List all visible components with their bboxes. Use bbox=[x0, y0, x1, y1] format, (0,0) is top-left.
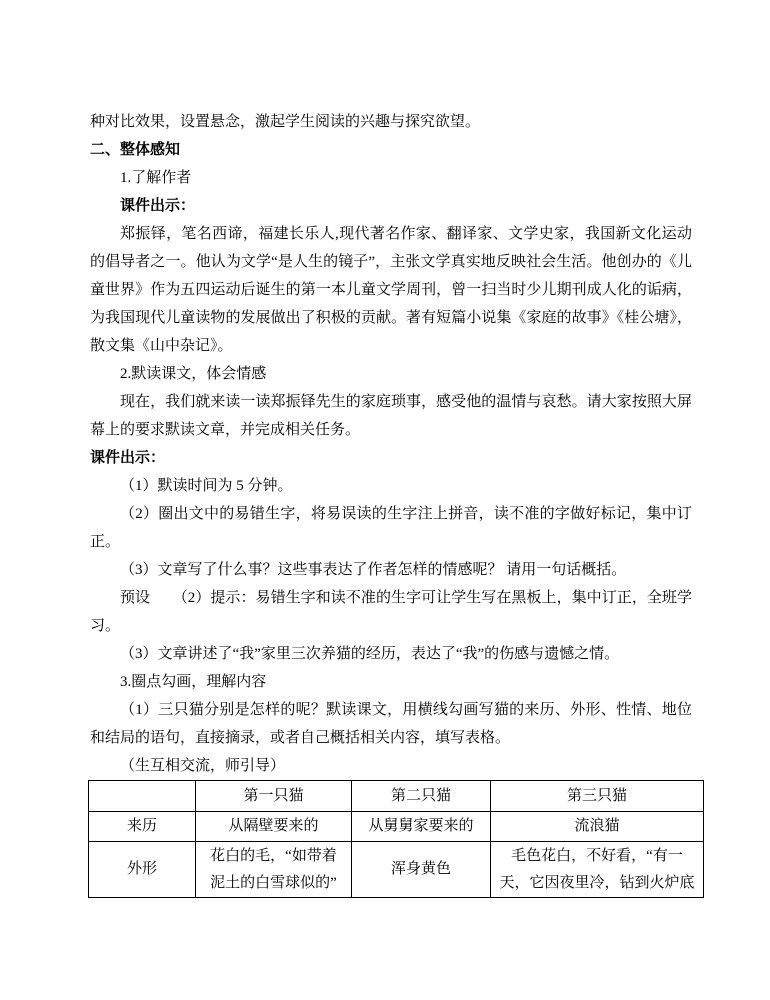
table-row-appearance: 外形 花白的毛，“如带着 泥土的白雪球似的” 浑身黄色 毛色花白，不好看，“有一… bbox=[89, 842, 704, 898]
table-header-third-cat: 第三只猫 bbox=[491, 781, 704, 812]
paragraph-table-task: （1）三只猫分别是怎样的呢？默读课文，用横线勾画写猫的来历、外形、性情、地位和结… bbox=[90, 696, 692, 752]
paragraph-preset-hint: 预设 （2）提示：易错生字和读不准的生字可让学生写在黑板上，集中订正，全班学习。 bbox=[90, 584, 692, 640]
label-courseware-display-1: 课件出示： bbox=[90, 192, 692, 220]
three-cats-table: 第一只猫 第二只猫 第三只猫 来历 从隔壁要来的 从舅舅家要来的 流浪猫 外形 … bbox=[88, 780, 704, 898]
cell-origin-first-cat: 从隔壁要来的 bbox=[196, 812, 352, 842]
row-label-appearance: 外形 bbox=[89, 842, 196, 898]
paragraph-student-exchange: （生互相交流，师引导） bbox=[90, 752, 692, 780]
paragraph-reading-guide: 现在，我们就来读一读郑振铎先生的家庭琐事，感受他的温情与哀愁。请大家按照大屏幕上… bbox=[90, 388, 692, 444]
row-label-origin: 来历 bbox=[89, 812, 196, 842]
section-heading-overall-perception: 二、整体感知 bbox=[90, 136, 692, 164]
paragraph-intro-tail: 种对比效果，设置悬念，激起学生阅读的兴趣与探究欲望。 bbox=[90, 108, 692, 136]
item-what-events: （3）文章写了什么事？这些事表达了作者怎样的情感呢？ 请用一句话概括。 bbox=[90, 556, 692, 584]
table-header-row: 第一只猫 第二只猫 第三只猫 bbox=[89, 781, 704, 812]
item-reading-time: （1）默读时间为 5 分钟。 bbox=[90, 472, 692, 500]
item-circle-characters: （2）圈出文中的易错生字，将易误读的生字注上拼音，读不准的字做好标记，集中订正。 bbox=[90, 500, 692, 556]
cell-appearance-first-cat: 花白的毛，“如带着 泥土的白雪球似的” bbox=[196, 842, 352, 898]
cell-appearance-third-cat: 毛色花白，不好看，“有一 天，它因夜里冷，钻到火炉底 bbox=[491, 842, 704, 898]
item-silent-reading: 2.默读课文，体会情感 bbox=[90, 360, 692, 388]
item-three-cats-summary: （3）文章讲述了“我”家里三次养猫的经历，表达了“我”的伤感与遗憾之情。 bbox=[90, 640, 692, 668]
item-know-author: 1.了解作者 bbox=[90, 164, 692, 192]
cell-appearance-second-cat: 浑身黄色 bbox=[352, 842, 491, 898]
table-header-second-cat: 第二只猫 bbox=[352, 781, 491, 812]
paragraph-author-bio: 郑振铎，笔名西谛，福建长乐人,现代著名作家、翻译家、文学史家，我国新文化运动的倡… bbox=[90, 220, 692, 360]
cell-origin-third-cat: 流浪猫 bbox=[491, 812, 704, 842]
document-page: 种对比效果，设置悬念，激起学生阅读的兴趣与探究欲望。 二、整体感知 1.了解作者… bbox=[0, 0, 770, 1000]
cell-origin-second-cat: 从舅舅家要来的 bbox=[352, 812, 491, 842]
label-courseware-display-2: 课件出示： bbox=[90, 444, 692, 472]
table-corner-cell bbox=[89, 781, 196, 812]
table-header-first-cat: 第一只猫 bbox=[196, 781, 352, 812]
table-row-origin: 来历 从隔壁要来的 从舅舅家要来的 流浪猫 bbox=[89, 812, 704, 842]
item-circle-annotate: 3.圈点勾画，理解内容 bbox=[90, 668, 692, 696]
